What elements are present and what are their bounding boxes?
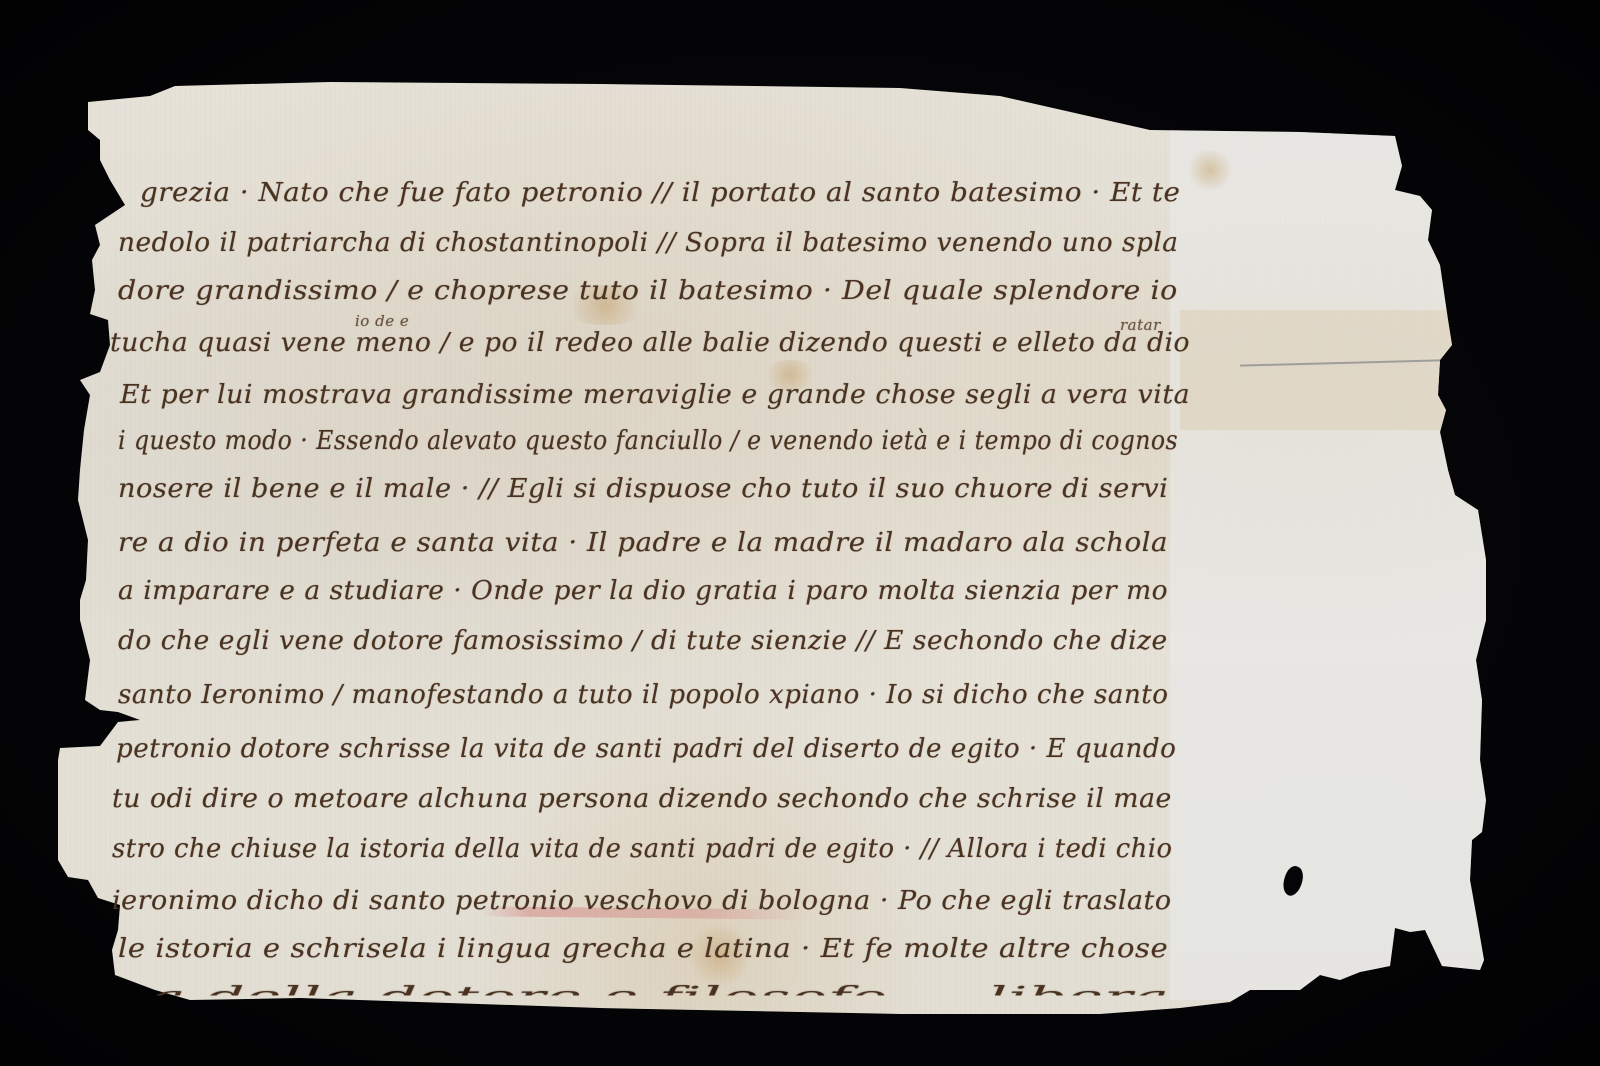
- manuscript-line: petronio dotore schrisse la vita de sant…: [116, 734, 1176, 764]
- manuscript-line: nedolo il patriarcha di chostantinopoli …: [118, 228, 1179, 258]
- interlinear-note: ratar: [1120, 316, 1161, 334]
- photo-stage: grezia · Nato che fue fato petronio // i…: [0, 0, 1600, 1066]
- manuscript-line: dore grandissimo / e choprese tuto il ba…: [118, 276, 1178, 306]
- manuscript-line: a imparare e a studiare · Onde per la di…: [118, 576, 1168, 606]
- manuscript-line: i questo modo · Essendo alevato questo f…: [118, 426, 1178, 456]
- manuscript-line: le istoria e schrisela i lingua grecha e…: [118, 934, 1168, 964]
- manuscript-line: do che egli vene dotore famosissimo / di…: [118, 626, 1168, 656]
- manuscript-line: tucha quasi vene meno / e po il redeo al…: [110, 328, 1190, 358]
- manuscript-line: stro che chiuse la istoria della vita de…: [112, 834, 1172, 864]
- interlinear-note: io de e: [355, 312, 409, 330]
- manuscript-line: nosere il bene e il male · // Egli si di…: [118, 474, 1168, 504]
- manuscript-line: tu odi dire o metoare alchuna persona di…: [112, 784, 1172, 814]
- manuscript-line: a della dotore e filosofo ... libera: [150, 982, 1170, 1012]
- manuscript-line: re a dio in perfeta e santa vita · Il pa…: [118, 528, 1168, 558]
- manuscript-line: grezia · Nato che fue fato petronio // i…: [140, 178, 1180, 208]
- manuscript-line: ieronimo dicho di santo petronio veschov…: [112, 886, 1172, 916]
- manuscript-text: grezia · Nato che fue fato petronio // i…: [0, 0, 1600, 1066]
- manuscript-line: santo Ieronimo / manofestando a tuto il …: [118, 680, 1168, 710]
- manuscript-line: Et per lui mostrava grandissime meravigl…: [120, 380, 1190, 410]
